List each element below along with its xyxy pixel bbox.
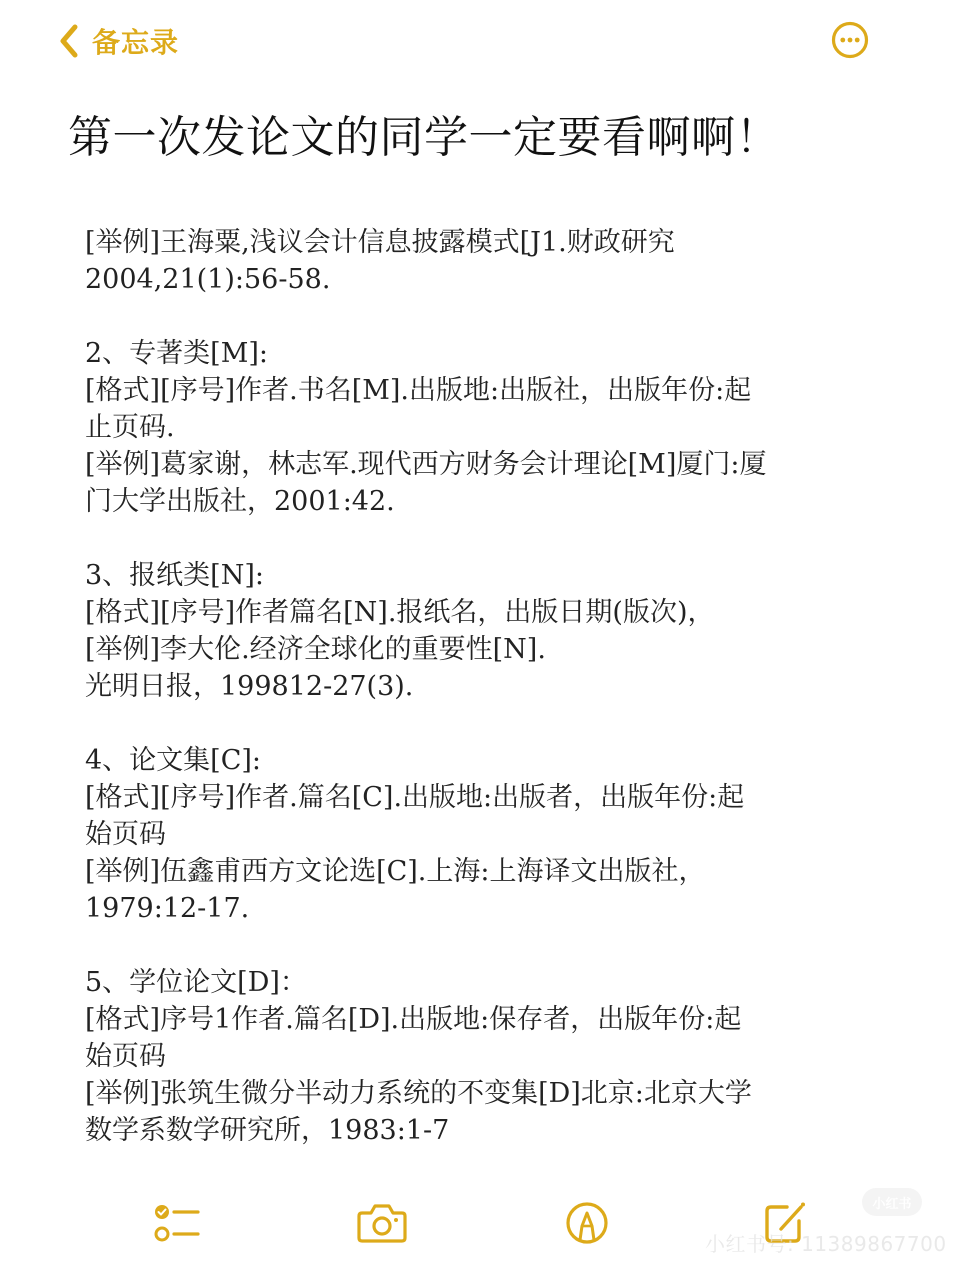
- pen-tip-circle-icon: [564, 1200, 610, 1250]
- blank-line: [85, 705, 885, 742]
- back-label: 备忘录: [92, 21, 179, 61]
- note-line: [格式][序号]作者.书名[M].出版地:出版社，出版年份:起: [85, 372, 885, 409]
- note-line: [格式]序号1作者.篇名[D].出版地:保存者，出版年份:起: [85, 1001, 885, 1038]
- note-line: [格式][序号]作者.篇名[C].出版地:出版者，出版年份:起: [85, 779, 885, 816]
- more-button[interactable]: [830, 20, 870, 60]
- note-line: [举例]李大伦.经济全球化的重要性[N].: [85, 631, 885, 668]
- note-line: [格式][序号]作者篇名[N].报纸名，出版日期(版次)，: [85, 594, 885, 631]
- section-heading: 3、报纸类[N]:: [85, 557, 885, 594]
- note-line: [举例]张筑生微分半动力系统的不变集[D]北京:北京大学: [85, 1075, 885, 1112]
- chevron-left-icon: [58, 23, 80, 59]
- note-line: [举例]王海粟,浅议会计信息披露模式[J1.财政研究: [85, 224, 885, 261]
- note-line: [举例]伍鑫甫西方文论选[C].上海:上海译文出版社，: [85, 853, 885, 890]
- back-button[interactable]: 备忘录: [58, 20, 179, 62]
- note-line: 门大学出版社，2001:42.: [85, 483, 885, 520]
- blank-line: [85, 927, 885, 964]
- note-line: 数学系数学研究所，1983:1-7: [85, 1112, 885, 1149]
- markup-button[interactable]: [562, 1200, 612, 1250]
- checklist-button[interactable]: [152, 1200, 202, 1250]
- blank-line: [85, 298, 885, 335]
- note-line: 止页码.: [85, 409, 885, 446]
- blank-line: [85, 520, 885, 557]
- note-line: 始页码: [85, 816, 885, 853]
- ellipsis-circle-icon: [830, 45, 870, 64]
- watermark-badge: 小红书: [862, 1188, 922, 1216]
- navigation-bar: 备忘录: [0, 0, 958, 84]
- note-body[interactable]: [举例]王海粟,浅议会计信息披露模式[J1.财政研究 2004,21(1):56…: [85, 224, 885, 1149]
- watermark-text: 小红书号: 11389867700: [705, 1228, 947, 1257]
- camera-icon: [356, 1201, 408, 1249]
- note-line: 光明日报，199812-27(3).: [85, 668, 885, 705]
- section-heading: 4、论文集[C]:: [85, 742, 885, 779]
- camera-button[interactable]: [357, 1200, 407, 1250]
- section-heading: 2、专著类[M]:: [85, 335, 885, 372]
- note-line: 始页码: [85, 1038, 885, 1075]
- note-title: 第一次发论文的同学一定要看啊啊！: [68, 108, 780, 168]
- note-line: 2004,21(1):56-58.: [85, 261, 885, 298]
- note-line: [举例]葛家谢，林志军.现代西方财务会计理论[M]厦门:厦: [85, 446, 885, 483]
- section-heading: 5、学位论文[D]：: [85, 964, 885, 1001]
- checklist-icon: [152, 1200, 202, 1250]
- note-line: 1979:12-17.: [85, 890, 885, 927]
